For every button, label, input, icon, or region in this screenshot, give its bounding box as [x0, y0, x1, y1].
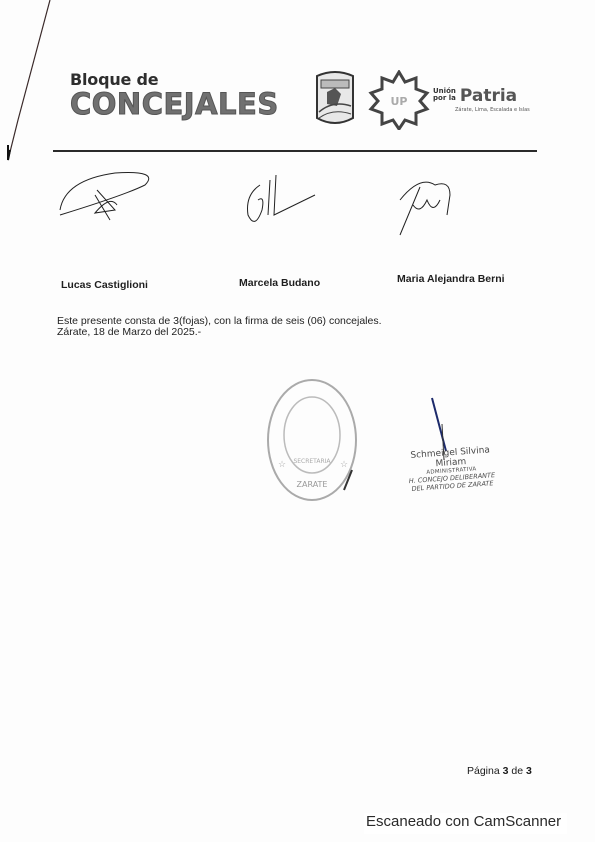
closing-statement: Este presente consta de 3(fojas), con la… — [57, 316, 382, 338]
council-seal-stamp: SECRETARIA ZARATE ☆ ☆ — [264, 375, 364, 505]
signatory-name: Maria Alejandra Berni — [397, 273, 505, 285]
svg-text:☆: ☆ — [340, 459, 348, 469]
svg-text:☆: ☆ — [278, 459, 286, 469]
signature-marcela-budano — [240, 170, 320, 235]
signatory-name: Marcela Budano — [239, 277, 320, 289]
svg-text:SECRETARIA: SECRETARIA — [293, 458, 331, 465]
union-por-la-patria-logo: Uniónpor laPatria Zárate, Lima, Escalada… — [433, 86, 530, 113]
signature-maria-alejandra-berni — [395, 175, 465, 240]
concejales-title: CONCEJALES — [70, 87, 279, 121]
svg-text:UP: UP — [391, 95, 408, 108]
signature-lucas-castiglioni — [55, 165, 165, 225]
municipal-crest-icon — [313, 70, 357, 126]
header-divider — [53, 150, 537, 152]
page-number: Página 3 de 3 — [467, 765, 532, 777]
signatory-name: Lucas Castiglioni — [61, 279, 148, 291]
patria-text: Patria — [460, 86, 517, 106]
camscanner-watermark: Escaneado con CamScanner — [364, 813, 567, 834]
party-subtitle: Zárate, Lima, Escalada e Islas — [455, 107, 530, 113]
union-por-la-patria-star-icon: UP — [368, 70, 430, 130]
svg-text:ZARATE: ZARATE — [297, 480, 328, 489]
administrative-stamp: Schmeigel Silvina Miriam ADMINISTRATIVA … — [395, 444, 508, 494]
scan-edge-line — [0, 0, 60, 180]
bloque-concejales-logo: Bloque de CONCEJALES — [70, 70, 279, 121]
place-date-line: Zárate, 18 de Marzo del 2025.- — [57, 327, 382, 338]
document-page: Bloque de CONCEJALES UP Uniónpor laPatri… — [0, 0, 595, 842]
por-la-text: por la — [433, 94, 456, 102]
